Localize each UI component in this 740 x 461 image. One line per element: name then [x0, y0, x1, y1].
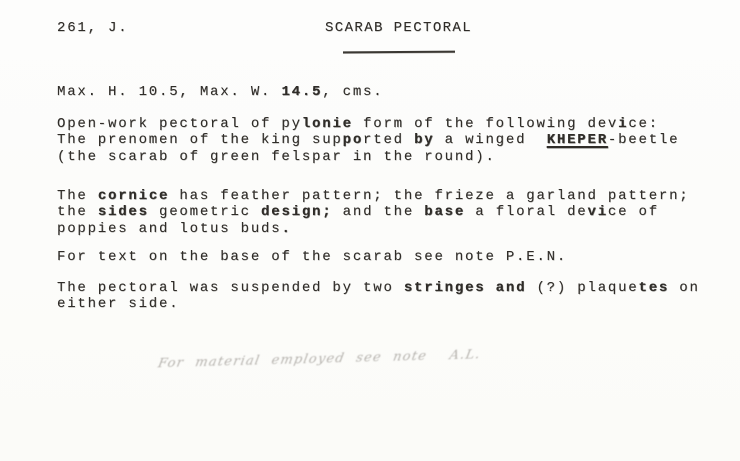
text-line: either side. [57, 296, 700, 312]
text-line: The pectoral was suspended by two string… [57, 280, 700, 296]
title-underline [343, 51, 455, 54]
scanned-catalogue-card: 261, J. SCARAB PECTORAL Max. H. 10.5, Ma… [0, 0, 740, 461]
text-line: For text on the base of the scarab see n… [57, 249, 567, 265]
text-line: poppies and lotus buds. [57, 221, 690, 237]
text-line: The prenomen of the king supported by a … [57, 132, 679, 148]
paragraph-text-reference: For text on the base of the scarab see n… [57, 249, 567, 265]
text-line: The cornice has feather pattern; the fri… [57, 188, 690, 204]
text-line: the sides geometric design; and the base… [57, 204, 690, 220]
text-line: (the scarab of green felspar in the roun… [57, 149, 679, 165]
paragraph-ornament-description: The cornice has feather pattern; the fri… [57, 188, 690, 237]
paragraph-device-description: Open-work pectoral of pylonie form of th… [57, 116, 679, 165]
page-title: SCARAB PECTORAL [325, 20, 472, 36]
catalog-number: 261, J. [57, 20, 128, 36]
dimensions-line: Max. H. 10.5, Max. W. 14.5, cms. [57, 84, 383, 100]
text-line: Open-work pectoral of pylonie form of th… [57, 116, 679, 132]
handwritten-pencil-annotation: For material employed see note A.L. [157, 347, 482, 371]
paragraph-suspension: The pectoral was suspended by two string… [57, 280, 700, 313]
